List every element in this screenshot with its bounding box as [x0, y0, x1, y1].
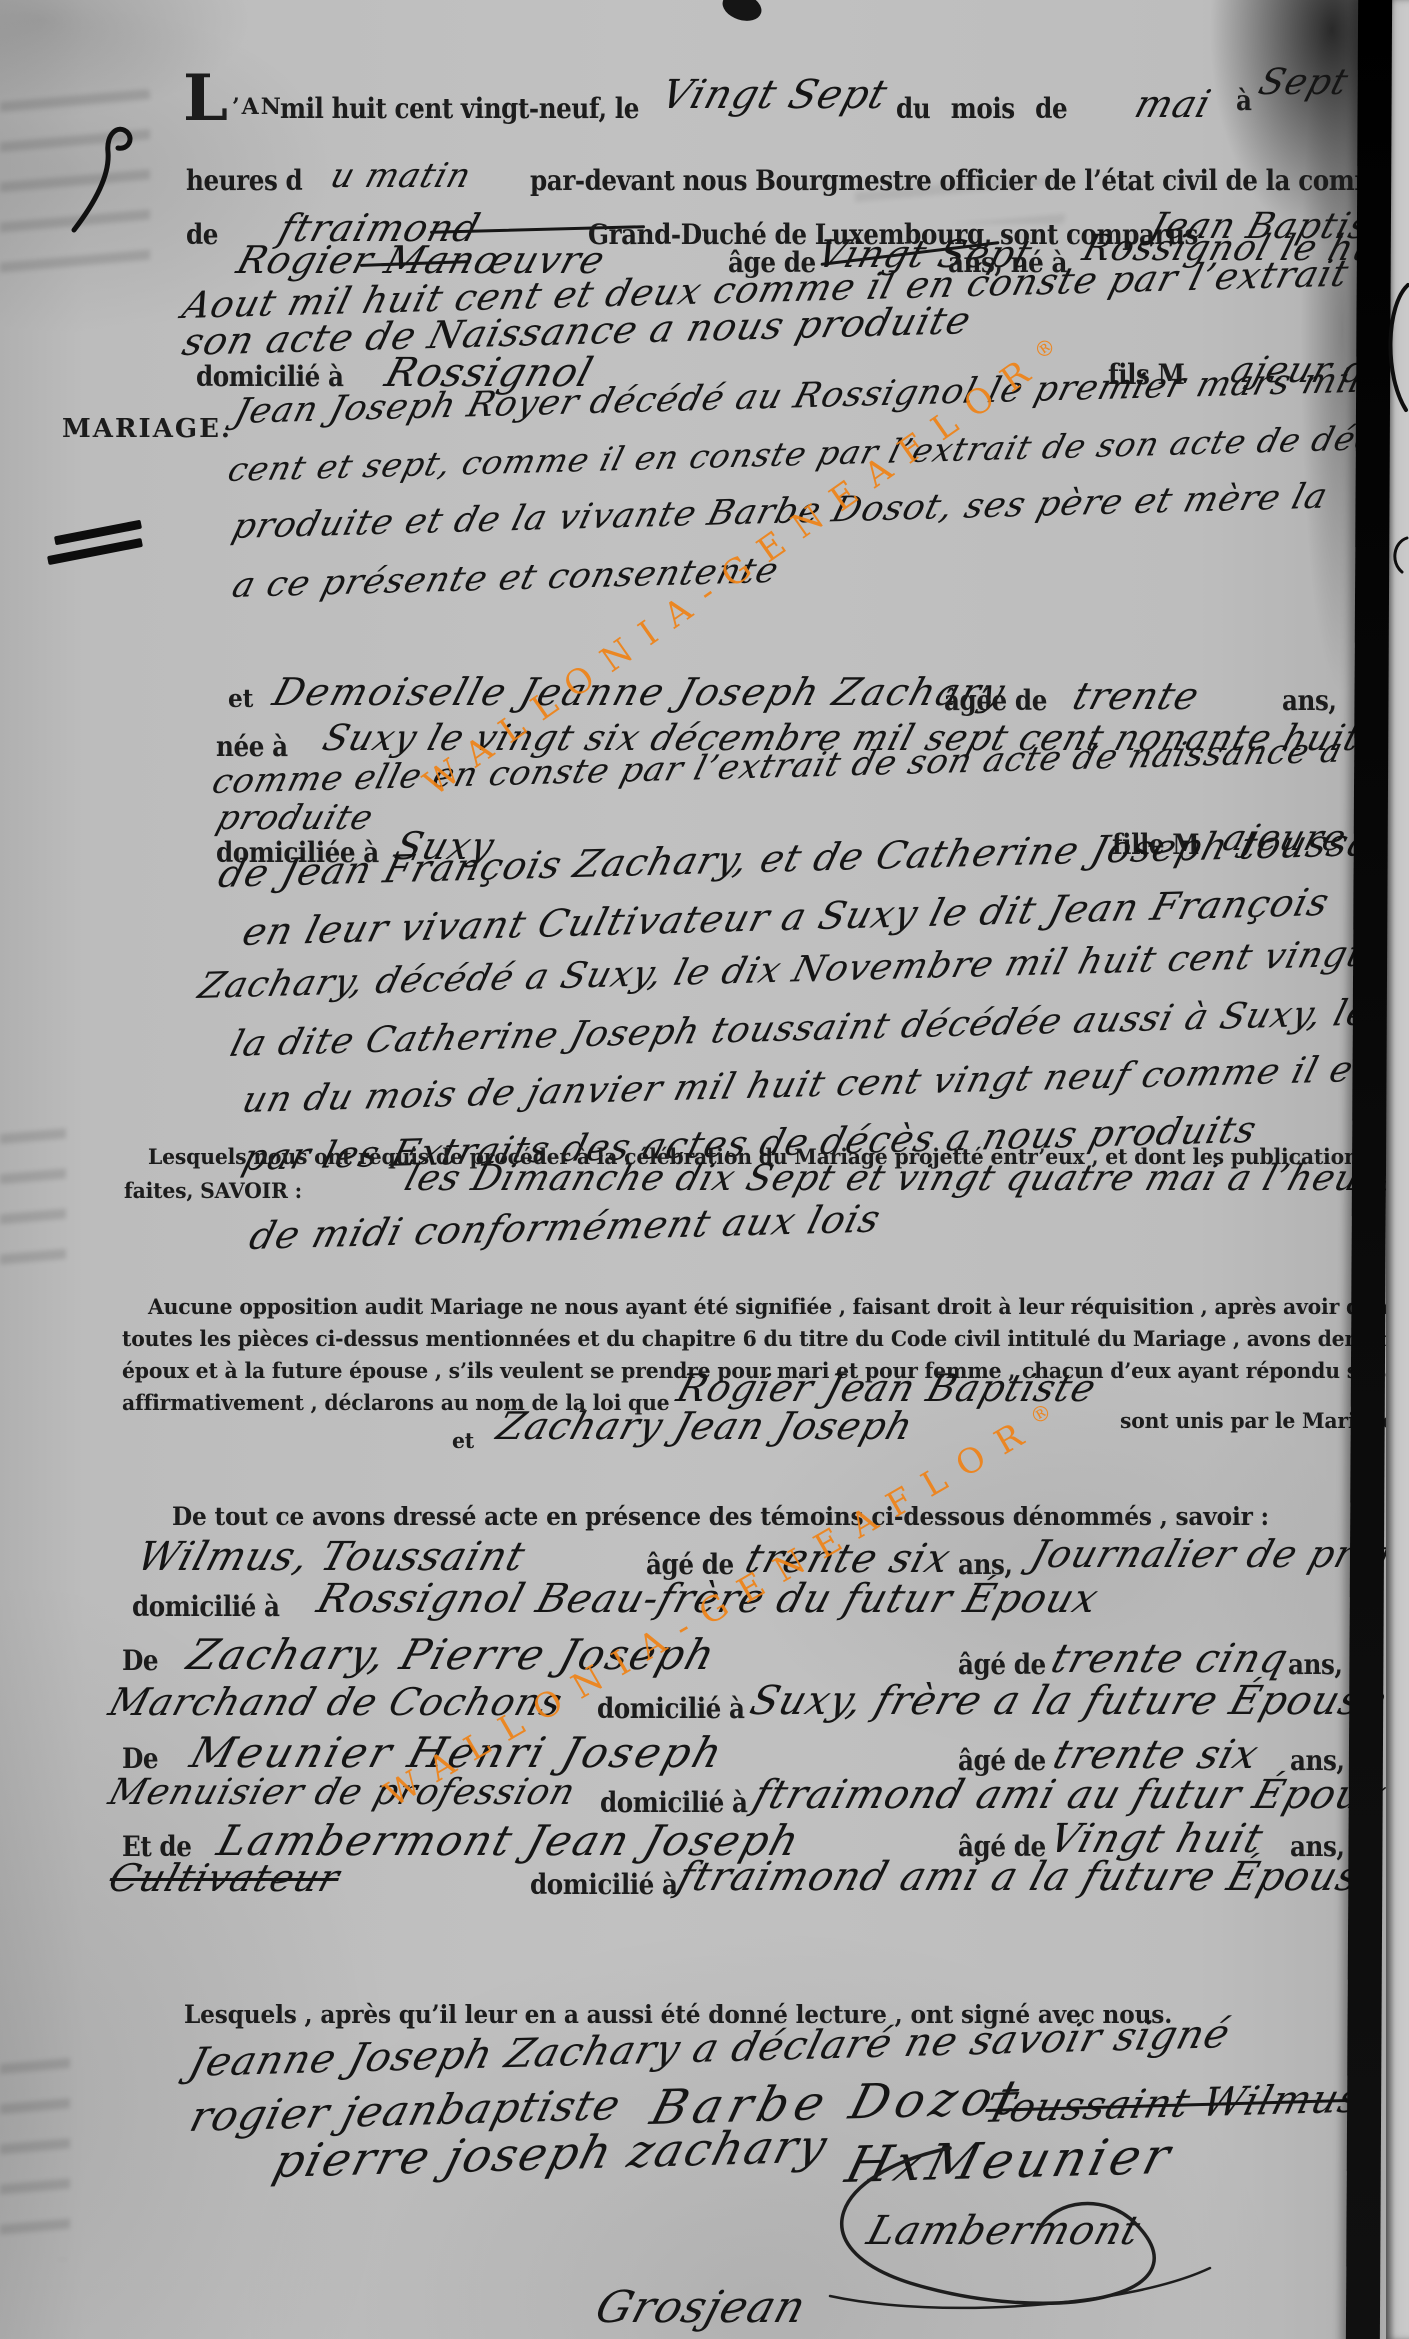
printed-nee-a: née à: [216, 730, 288, 763]
printed-witness-intro: De tout ce avons dressé acte en présence…: [172, 1502, 1269, 1531]
printed-w1-domicilie: domicilié à: [132, 1590, 280, 1623]
hw-produite: produite: [212, 798, 378, 838]
printed-w2-de: De: [122, 1644, 158, 1677]
signature-grosjean: Grosjean: [590, 2282, 812, 2333]
printed-lan-smallcaps: ’AN: [232, 94, 283, 120]
hw-bride-age: trente: [1068, 674, 1205, 718]
printed-w3-domicilie: domicilié à: [600, 1786, 748, 1819]
hw-time-of-day: u matin: [326, 156, 476, 196]
printed-w2-ans: ans,: [1288, 1648, 1343, 1681]
marriage-act-scan: L ’AN mil huit cent vingt-neuf, le Vingt…: [0, 0, 1409, 2339]
signature-toussaint-wilmus: Toussaint Wilmus: [980, 2076, 1367, 2132]
hw-witness2-residence: Suxy, frère a la future Épouse: [745, 1678, 1392, 1724]
printed-heures: heures d: [186, 164, 302, 197]
stray-ink-strokes: [1384, 280, 1409, 580]
printed-et2: et: [452, 1428, 474, 1453]
printed-month-label: du mois de: [896, 92, 1067, 125]
hw-witness4-profession: Cultivateur: [104, 1856, 345, 1900]
printed-pardevant: par-devant nous Bourgmestre officier de …: [530, 164, 1409, 197]
printed-opposition-line2: toutes les pièces ci-dessus mentionnées …: [122, 1326, 1409, 1351]
hw-witness4-residence: ftraimond ami a la future Épouse: [672, 1854, 1390, 1900]
printed-opposition-line1: Aucune opposition audit Mariage ne nous …: [148, 1294, 1409, 1319]
printed-faites-savoir: faites, SAVOIR :: [124, 1178, 302, 1203]
hw-bride-fullname: Zachary Jean Joseph: [492, 1404, 919, 1448]
hw-witness3-residence: ftraimond ami au futur Époux: [748, 1772, 1393, 1818]
ink-blot: [719, 0, 765, 26]
printed-w3-de: De: [122, 1742, 158, 1775]
printed-initial: L: [183, 70, 228, 128]
margin-paraph-mark: [56, 112, 148, 234]
hw-month: mai: [1130, 82, 1216, 126]
bleedthrough-smudge: [0, 1120, 66, 1280]
printed-w4-domicilie: domicilié à: [530, 1868, 678, 1901]
hw-bride-name: Demoiselle Jeanne Joseph Zachary: [268, 670, 1011, 714]
hw-publication-dates: les Dimanche dix Sept et vingt quatre ma…: [400, 1158, 1406, 1199]
hw-witness1-name: Wilmus, Toussaint: [132, 1534, 531, 1580]
printed-at: à: [1236, 84, 1252, 117]
hw-witness3-profession: Menuisier de profession: [104, 1772, 580, 1813]
printed-domicilie: domicilié à: [196, 360, 344, 393]
printed-w2-domicilie: domicilié à: [597, 1692, 745, 1725]
signature-flourish: [790, 2128, 1220, 2323]
act-type-label: MARIAGE.: [62, 414, 232, 444]
printed-w2-age-de: âgé de: [958, 1648, 1046, 1681]
printed-de: de: [186, 218, 218, 251]
printed-year-line: mil huit cent vingt-neuf, le: [280, 92, 639, 125]
printed-ans: ans,: [1282, 684, 1337, 717]
printed-agee-de: âgée de: [944, 684, 1047, 717]
printed-et: et: [228, 684, 253, 713]
hw-day: Vingt Sept: [656, 72, 893, 118]
hw-hour: Sept: [1254, 62, 1353, 103]
hw-publication-hour: de midi conformément aux lois: [245, 1197, 886, 1258]
bleedthrough-smudge: [0, 2050, 70, 2260]
hw-witness2-age: trente cinq: [1046, 1636, 1294, 1682]
